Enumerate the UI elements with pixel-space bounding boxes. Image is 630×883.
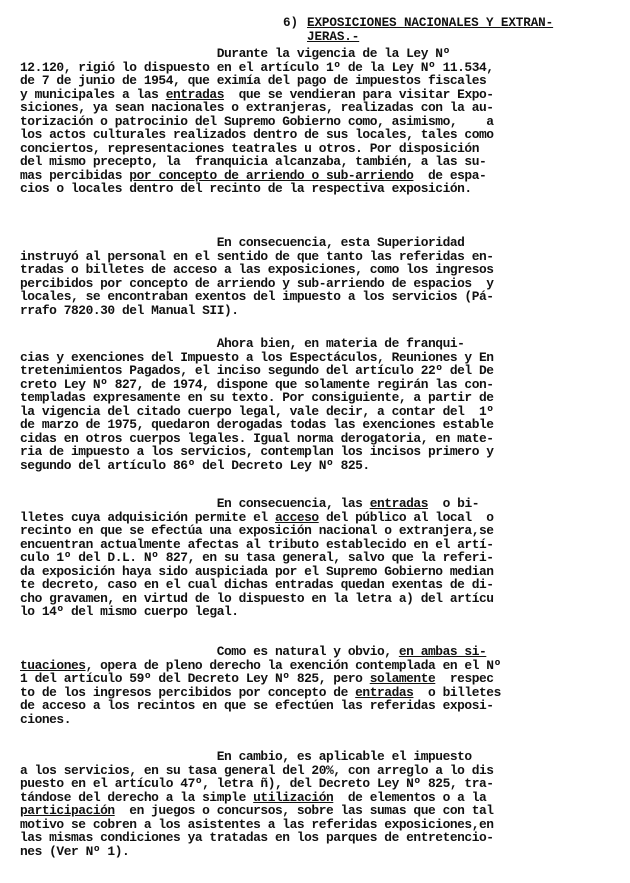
text-line: locales, se encontraban exentos del impu… bbox=[20, 290, 612, 304]
text-line: y municipales a las entradas que se vend… bbox=[20, 88, 612, 102]
text-line: lletes cuya adquisición permite el acces… bbox=[20, 511, 612, 525]
text-line: culo 1º del D.L. Nº 827, en su tasa gene… bbox=[20, 551, 612, 565]
text-line: las mismas condiciones ya tratadas en lo… bbox=[20, 831, 612, 845]
text-line: En consecuencia, las entradas o bi- bbox=[20, 497, 612, 511]
text-line: Durante la vigencia de la Ley Nº bbox=[20, 47, 612, 61]
text-line: to de los ingresos percibidos por concep… bbox=[20, 686, 612, 700]
text-run: rrafo 7820.30 del Manual SII). bbox=[20, 303, 239, 318]
text-line: torización o patrocinio del Supremo Gobi… bbox=[20, 115, 612, 129]
text-line: puesto en el artículo 47º, letra ñ), del… bbox=[20, 777, 612, 791]
paragraph-impuesto-servicios: En cambio, es aplicable el impuestoa los… bbox=[20, 750, 612, 858]
text-line: rrafo 7820.30 del Manual SII). bbox=[20, 304, 612, 318]
text-line: conciertos, representaciones teatrales u… bbox=[20, 142, 612, 156]
text-line: a los servicios, en su tasa general del … bbox=[20, 764, 612, 778]
text-line: de 7 de junio de 1954, que eximía del pa… bbox=[20, 74, 612, 88]
text-line: tradas o billetes de acceso a las exposi… bbox=[20, 263, 612, 277]
text-run: segundo del artículo 86º del Decreto Ley… bbox=[20, 458, 370, 473]
text-run: nes (Ver Nº 1). bbox=[20, 844, 129, 859]
text-line: segundo del artículo 86º del Decreto Ley… bbox=[20, 459, 612, 473]
text-line: nes (Ver Nº 1). bbox=[20, 845, 612, 859]
text-line: Ahora bien, en materia de franqui- bbox=[20, 337, 612, 351]
section-title-line-1: EXPOSICIONES NACIONALES Y EXTRAN- bbox=[307, 16, 553, 30]
paragraph-superioridad-instruction: En consecuencia, esta Superioridadinstru… bbox=[20, 236, 612, 317]
text-line: cho gravamen, en virtud de lo dispuesto … bbox=[20, 592, 612, 606]
document-page: 6)EXPOSICIONES NACIONALES Y EXTRAN- JERA… bbox=[0, 0, 630, 883]
text-line: tuaciones, opera de pleno derecho la exe… bbox=[20, 659, 612, 673]
text-line: lo 14º del mismo cuerpo legal. bbox=[20, 605, 612, 619]
text-line: ria de impuesto a los servicios, contemp… bbox=[20, 445, 612, 459]
text-line: encuentran actualmente afectas al tribut… bbox=[20, 538, 612, 552]
paragraph-exencion-ambas-situaciones: Como es natural y obvio, en ambas si-tua… bbox=[20, 645, 612, 726]
text-run: ciones. bbox=[20, 712, 71, 727]
text-line: da exposición haya sido auspiciada por e… bbox=[20, 565, 612, 579]
paragraph-ley-12120: Durante la vigencia de la Ley Nº12.120, … bbox=[20, 47, 612, 196]
text-line: templadas expresamente en su texto. Por … bbox=[20, 391, 612, 405]
text-line: percibidos por concepto de arriendo y su… bbox=[20, 277, 612, 291]
text-line: En consecuencia, esta Superioridad bbox=[20, 236, 612, 250]
text-line: cidas en otros cuerpos legales. Igual no… bbox=[20, 432, 612, 446]
paragraph-entradas-afectas: En consecuencia, las entradas o bi-llete… bbox=[20, 497, 612, 619]
text-line: los actos culturales realizados dentro d… bbox=[20, 128, 612, 142]
section-number: 6) bbox=[283, 16, 307, 30]
section-title-line-2: JERAS.- bbox=[307, 30, 359, 44]
text-line: tretenimientos Pagados, el inciso segund… bbox=[20, 364, 612, 378]
text-line: Como es natural y obvio, en ambas si- bbox=[20, 645, 612, 659]
text-run: lo 14º del mismo cuerpo legal. bbox=[20, 604, 239, 619]
text-line: 1 del artículo 59º del Decreto Ley Nº 82… bbox=[20, 672, 612, 686]
text-line: participación en juegos o concursos, sob… bbox=[20, 804, 612, 818]
text-line: instruyó al personal en el sentido de qu… bbox=[20, 250, 612, 264]
text-line: tándose del derecho a la simple utilizac… bbox=[20, 791, 612, 805]
text-line: del mismo precepto, la franquicia alcanz… bbox=[20, 155, 612, 169]
text-line: cios o locales dentro del recinto de la … bbox=[20, 182, 612, 196]
text-run: de acceso a los recintos en que se efect… bbox=[20, 698, 494, 713]
text-line: de acceso a los recintos en que se efect… bbox=[20, 699, 612, 713]
text-line: siciones, ya sean nacionales o extranjer… bbox=[20, 101, 612, 115]
text-line: de marzo de 1975, quedaron derogadas tod… bbox=[20, 418, 612, 432]
text-run: cios o locales dentro del recinto de la … bbox=[20, 181, 472, 196]
text-line: creto Ley Nº 827, de 1974, dispone que s… bbox=[20, 378, 612, 392]
text-line: 12.120, rigió lo dispuesto en el artícul… bbox=[20, 61, 612, 75]
paragraph-franquicias-exenciones: Ahora bien, en materia de franqui-cias y… bbox=[20, 337, 612, 472]
text-line: la vigencia del citado cuerpo legal, val… bbox=[20, 405, 612, 419]
text-line: te decreto, caso en el cual dichas entra… bbox=[20, 578, 612, 592]
section-heading: 6)EXPOSICIONES NACIONALES Y EXTRAN- JERA… bbox=[283, 16, 613, 44]
text-line: cias y exenciones del Impuesto a los Esp… bbox=[20, 351, 612, 365]
text-line: motivo se cobren a los asistentes a las … bbox=[20, 818, 612, 832]
text-line: En cambio, es aplicable el impuesto bbox=[20, 750, 612, 764]
text-line: ciones. bbox=[20, 713, 612, 727]
text-line: mas percibidas por concepto de arriendo … bbox=[20, 169, 612, 183]
text-line: recinto en que se efectúa una exposición… bbox=[20, 524, 612, 538]
